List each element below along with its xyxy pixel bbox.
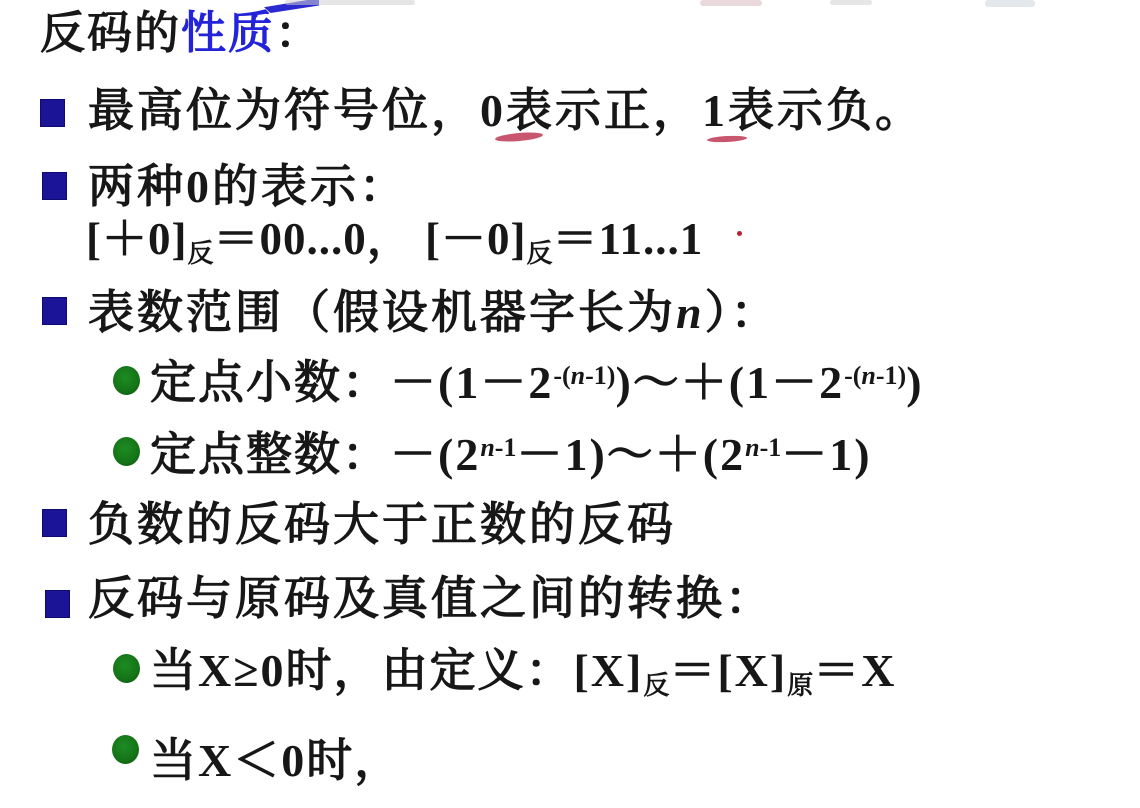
bullet-two-zeros-text: 两种0的表示： bbox=[88, 161, 408, 212]
case-x-nonnegative: 当X≥0时，由定义：[X]反＝[X]原＝X bbox=[150, 640, 896, 709]
square-bullet-icon bbox=[42, 297, 67, 325]
case-formula: ＝[X] bbox=[669, 645, 787, 696]
case-formula: [X] bbox=[573, 645, 643, 696]
lecture-slide: 反码的性质： 最高位为符号位，0表示正，1表示负。 两种0的表示： [＋0]反＝… bbox=[0, 0, 1140, 808]
formula-end: ＝11...1 bbox=[553, 214, 704, 264]
var-n: n bbox=[861, 361, 875, 390]
zero-representation-formula: [＋0]反＝00...0， [－0]反＝11...1 bbox=[86, 208, 703, 277]
integer-exponent: n-1 bbox=[745, 433, 781, 462]
bullet-conversion-text: 反码与原码及真值之间的转换： bbox=[88, 573, 774, 624]
subscript-yuan: 原 bbox=[787, 671, 813, 700]
cropped-glyph-smudge bbox=[830, 0, 872, 5]
bullet-conversion: 反码与原码及真值之间的转换： bbox=[88, 568, 774, 630]
title-highlight: 性质 bbox=[181, 8, 275, 58]
title-prefix: 反码的 bbox=[40, 8, 181, 58]
title-colon: ： bbox=[275, 8, 322, 58]
circle-bullet-icon bbox=[113, 654, 140, 683]
var-n: n bbox=[480, 433, 494, 462]
bullet-range: 表数范围（假设机器字长为n）： bbox=[88, 282, 780, 344]
var-n: n bbox=[676, 287, 705, 338]
integer-label: 定点整数： bbox=[150, 429, 390, 480]
slide-title: 反码的性质： bbox=[40, 2, 322, 64]
bullet-negative-greater: 负数的反码大于正数的反码 bbox=[88, 494, 676, 556]
subscript-fan: 反 bbox=[643, 671, 669, 700]
square-bullet-icon bbox=[45, 590, 70, 618]
fixed-point-fraction-range: 定点小数：－(1－2-(n-1))～＋(1－2-(n-1)) bbox=[150, 352, 924, 421]
integer-exponent: n-1 bbox=[480, 433, 516, 462]
cropped-glyph-smudge bbox=[700, 0, 762, 6]
red-dot-mark bbox=[737, 231, 742, 236]
subscript-fan: 反 bbox=[526, 239, 552, 268]
circle-bullet-icon bbox=[113, 437, 140, 466]
integer-formula: －(2 bbox=[390, 429, 480, 480]
case-x-negative-text: 当X＜0时， bbox=[150, 735, 402, 786]
bullet-sign-bit-text: 最高位为符号位，0表示正，1表示负。 bbox=[88, 85, 924, 136]
formula-mid: ＝00...0， [－0] bbox=[214, 214, 527, 264]
circle-bullet-icon bbox=[113, 366, 140, 395]
fraction-formula: －(1－2 bbox=[390, 357, 553, 408]
formula-plus-zero: [＋0] bbox=[86, 214, 187, 264]
fraction-formula: )～＋(1－2 bbox=[615, 357, 844, 408]
bullet-range-post: ）： bbox=[705, 287, 780, 338]
fraction-exponent: -(n-1) bbox=[553, 361, 615, 390]
square-bullet-icon bbox=[40, 99, 65, 127]
integer-formula: －1) bbox=[781, 429, 871, 480]
fixed-point-integer-range: 定点整数：－(2n-1－1)～＋(2n-1－1) bbox=[150, 424, 872, 493]
bullet-sign-bit: 最高位为符号位，0表示正，1表示负。 bbox=[88, 80, 924, 142]
integer-formula: －1)～＋(2 bbox=[516, 429, 745, 480]
case-formula: ＝X bbox=[813, 645, 896, 696]
bullet-negative-greater-text: 负数的反码大于正数的反码 bbox=[88, 499, 676, 550]
fraction-exponent: -(n-1) bbox=[844, 361, 906, 390]
bullet-range-pre: 表数范围（假设机器字长为 bbox=[88, 287, 676, 338]
var-n: n bbox=[745, 433, 759, 462]
circle-bullet-icon bbox=[112, 735, 139, 764]
cropped-glyph-smudge bbox=[985, 0, 1035, 7]
fraction-formula: ) bbox=[906, 357, 923, 408]
subscript-fan: 反 bbox=[187, 239, 213, 268]
case-x-negative: 当X＜0时， bbox=[150, 730, 402, 792]
square-bullet-icon bbox=[42, 509, 67, 537]
var-n: n bbox=[571, 361, 585, 390]
square-bullet-icon bbox=[42, 172, 67, 200]
case-pre: 当X≥0时，由定义： bbox=[150, 645, 573, 696]
fraction-label: 定点小数： bbox=[150, 357, 390, 408]
